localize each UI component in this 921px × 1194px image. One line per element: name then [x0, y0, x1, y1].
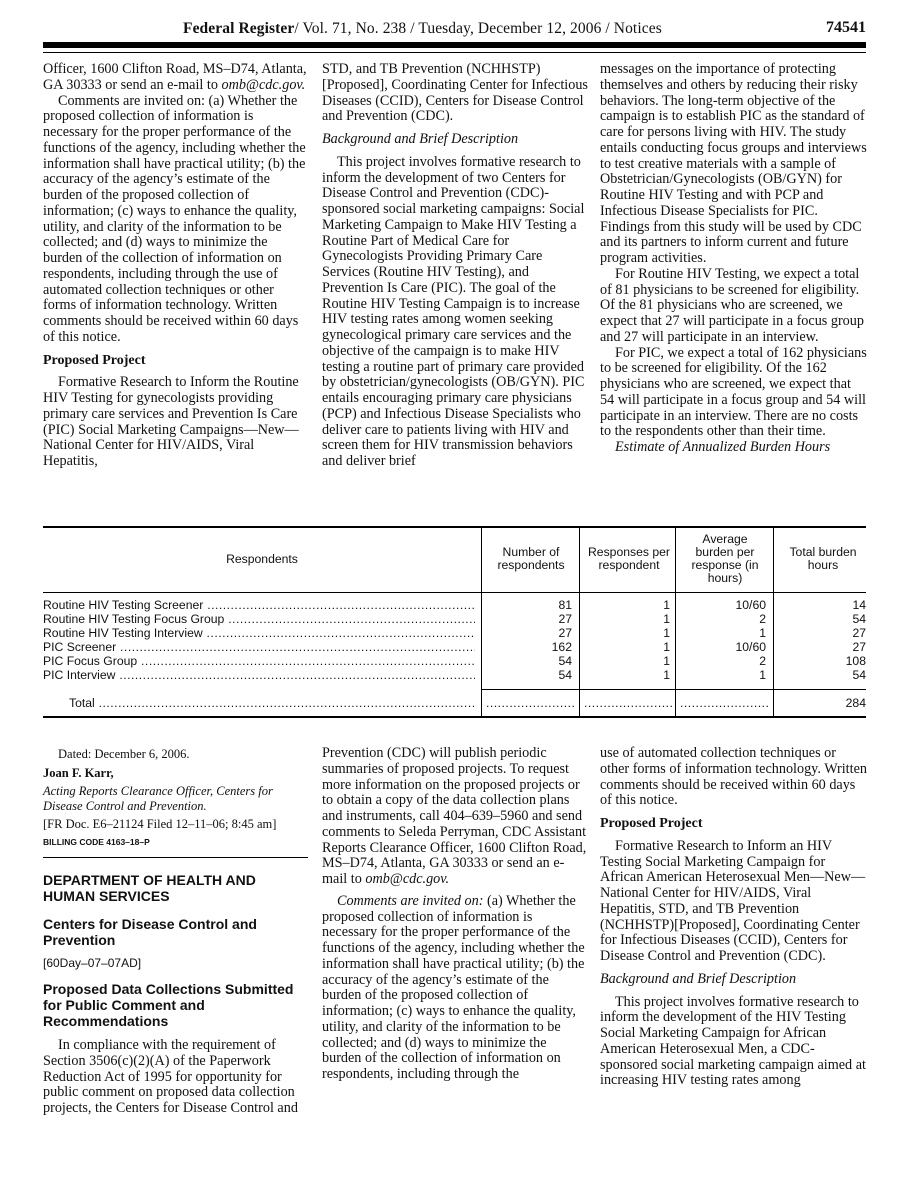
table-caption: Estimate of Annualized Burden Hours	[600, 440, 867, 456]
top-right-column: messages on the importance of protecting…	[600, 62, 867, 456]
paragraph: Comments are invited on: (a) Whether the…	[43, 94, 309, 346]
avg-burden: 10/60	[736, 598, 767, 612]
number-of-respondents: 54	[558, 668, 572, 682]
respondent-type: Routine HIV Testing Focus Group	[43, 612, 475, 626]
running-header: Federal Register/ Vol. 71, No. 238 / Tue…	[43, 18, 866, 38]
filler-dots: ........................	[486, 696, 574, 710]
table-header-rule	[43, 592, 866, 593]
header-rule-thick	[43, 42, 866, 48]
email-link[interactable]: omb@cdc.gov.	[365, 871, 449, 887]
respondent-type: PIC Screener	[43, 640, 475, 654]
total-burden: 54	[852, 668, 866, 682]
column-header-avg-burden: Average burden per response (in hours)	[684, 526, 766, 592]
bottom-middle-column: Prevention (CDC) will publish periodic s…	[322, 746, 588, 1083]
responses-per-respondent: 1	[663, 612, 670, 626]
section-subheading: Background and Brief Description	[600, 972, 867, 988]
publication-name: Federal Register	[183, 20, 294, 37]
signer-name: Joan F. Karr,	[43, 765, 309, 781]
table-row: PIC Screener 162 1 10/60 27	[43, 640, 866, 654]
fr-doc-line: [FR Doc. E6–21124 Filed 12–11–06; 8:45 a…	[43, 816, 309, 832]
billing-code: BILLING CODE 4163–18–P	[43, 835, 309, 849]
paragraph: For Routine HIV Testing, we expect a tot…	[600, 267, 867, 346]
paragraph: messages on the importance of protecting…	[600, 62, 867, 267]
avg-burden: 2	[759, 612, 766, 626]
grand-total: 284	[846, 696, 866, 710]
responses-per-respondent: 1	[663, 668, 670, 682]
filler-dots: ........................	[680, 696, 768, 710]
section-heading: Proposed Project	[600, 816, 867, 832]
avg-burden: 1	[759, 668, 766, 682]
paragraph: This project involves formative research…	[322, 155, 588, 470]
responses-per-respondent: 1	[663, 640, 670, 654]
respondent-type: PIC Focus Group	[43, 654, 475, 668]
sub-agency-heading: Centers for Disease Control and Preventi…	[43, 916, 309, 948]
avg-burden: 2	[759, 654, 766, 668]
table-row: PIC Interview 54 1 1 54	[43, 668, 866, 682]
column-header-respondents: Respondents	[43, 526, 481, 592]
top-middle-column: STD, and TB Prevention (NCHHSTP)[Propose…	[322, 62, 588, 470]
comments-lead: Comments are invited on:	[337, 893, 483, 909]
dated-line: Dated: December 6, 2006.	[43, 746, 309, 762]
number-of-respondents: 27	[558, 612, 572, 626]
respondent-type: Routine HIV Testing Screener	[43, 598, 475, 612]
paragraph: This project involves formative research…	[600, 995, 867, 1090]
table-row: Routine HIV Testing Focus Group 27 1 2 5…	[43, 612, 866, 626]
avg-burden: 1	[759, 626, 766, 640]
avg-burden: 10/60	[736, 640, 767, 654]
bottom-left-column-notice: DEPARTMENT OF HEALTH AND HUMAN SERVICES …	[43, 872, 309, 1117]
filler-dots: ........................	[584, 696, 672, 710]
section-heading: Proposed Project	[43, 353, 309, 369]
responses-per-respondent: 1	[663, 654, 670, 668]
email-link[interactable]: omb@cdc.gov.	[222, 77, 306, 93]
paragraph: Prevention (CDC) will publish periodic s…	[322, 746, 588, 888]
number-of-respondents: 162	[552, 640, 572, 654]
top-left-column: Officer, 1600 Clifton Road, MS–D74, Atla…	[43, 62, 309, 470]
signer-title: Acting Reports Clearance Officer, Center…	[43, 784, 309, 813]
docket-number: [60Day–07–07AD]	[43, 955, 309, 971]
total-burden: 27	[852, 626, 866, 640]
paragraph: STD, and TB Prevention (NCHHSTP)[Propose…	[322, 62, 588, 125]
burden-table: Respondents Number of respondents Respon…	[43, 526, 866, 718]
column-header-number: Number of respondents	[488, 526, 574, 592]
page-number: 74541	[826, 19, 866, 37]
total-burden: 54	[852, 612, 866, 626]
column-header-total: Total burden hours	[781, 526, 865, 592]
table-row: Routine HIV Testing Screener 81 1 10/60 …	[43, 598, 866, 612]
bottom-right-column: use of automated collection techniques o…	[600, 746, 867, 1089]
paragraph: use of automated collection techniques o…	[600, 746, 867, 809]
total-burden: 108	[846, 654, 866, 668]
header-rule-thin	[43, 52, 866, 53]
responses-per-respondent: 1	[663, 626, 670, 640]
paragraph: Officer, 1600 Clifton Road, MS–D74, Atla…	[43, 62, 309, 94]
total-burden: 14	[852, 598, 866, 612]
total-label: Total	[69, 696, 475, 710]
table-row: Routine HIV Testing Interview 27 1 1 27	[43, 626, 866, 640]
agency-heading: DEPARTMENT OF HEALTH AND HUMAN SERVICES	[43, 872, 309, 904]
section-divider	[43, 857, 308, 858]
issue-info: / Vol. 71, No. 238 / Tuesday, December 1…	[294, 20, 662, 37]
respondent-type: Routine HIV Testing Interview	[43, 626, 475, 640]
notice-title: Proposed Data Collections Submitted for …	[43, 981, 309, 1029]
responses-per-respondent: 1	[663, 598, 670, 612]
table-total-row: Total ........................ .........…	[43, 696, 866, 710]
total-burden: 27	[852, 640, 866, 654]
section-subheading: Background and Brief Description	[322, 132, 588, 148]
paragraph: Formative Research to Inform the Routine…	[43, 375, 309, 470]
table-bottom-rule	[43, 716, 866, 718]
number-of-respondents: 81	[558, 598, 572, 612]
paragraph: For PIC, we expect a total of 162 physic…	[600, 346, 867, 441]
paragraph: In compliance with the requirement of Se…	[43, 1038, 309, 1117]
header-title: Federal Register/ Vol. 71, No. 238 / Tue…	[183, 20, 662, 38]
table-total-rule	[481, 689, 866, 690]
number-of-respondents: 54	[558, 654, 572, 668]
paragraph: Formative Research to Inform an HIV Test…	[600, 839, 867, 965]
column-header-responses: Responses per respondent	[586, 526, 672, 592]
table-row: PIC Focus Group 54 1 2 108	[43, 654, 866, 668]
number-of-respondents: 27	[558, 626, 572, 640]
paragraph: Comments are invited on: (a) Whether the…	[322, 894, 588, 1083]
respondent-type: PIC Interview	[43, 668, 475, 682]
bottom-left-column: Dated: December 6, 2006. Joan F. Karr, A…	[43, 746, 309, 849]
